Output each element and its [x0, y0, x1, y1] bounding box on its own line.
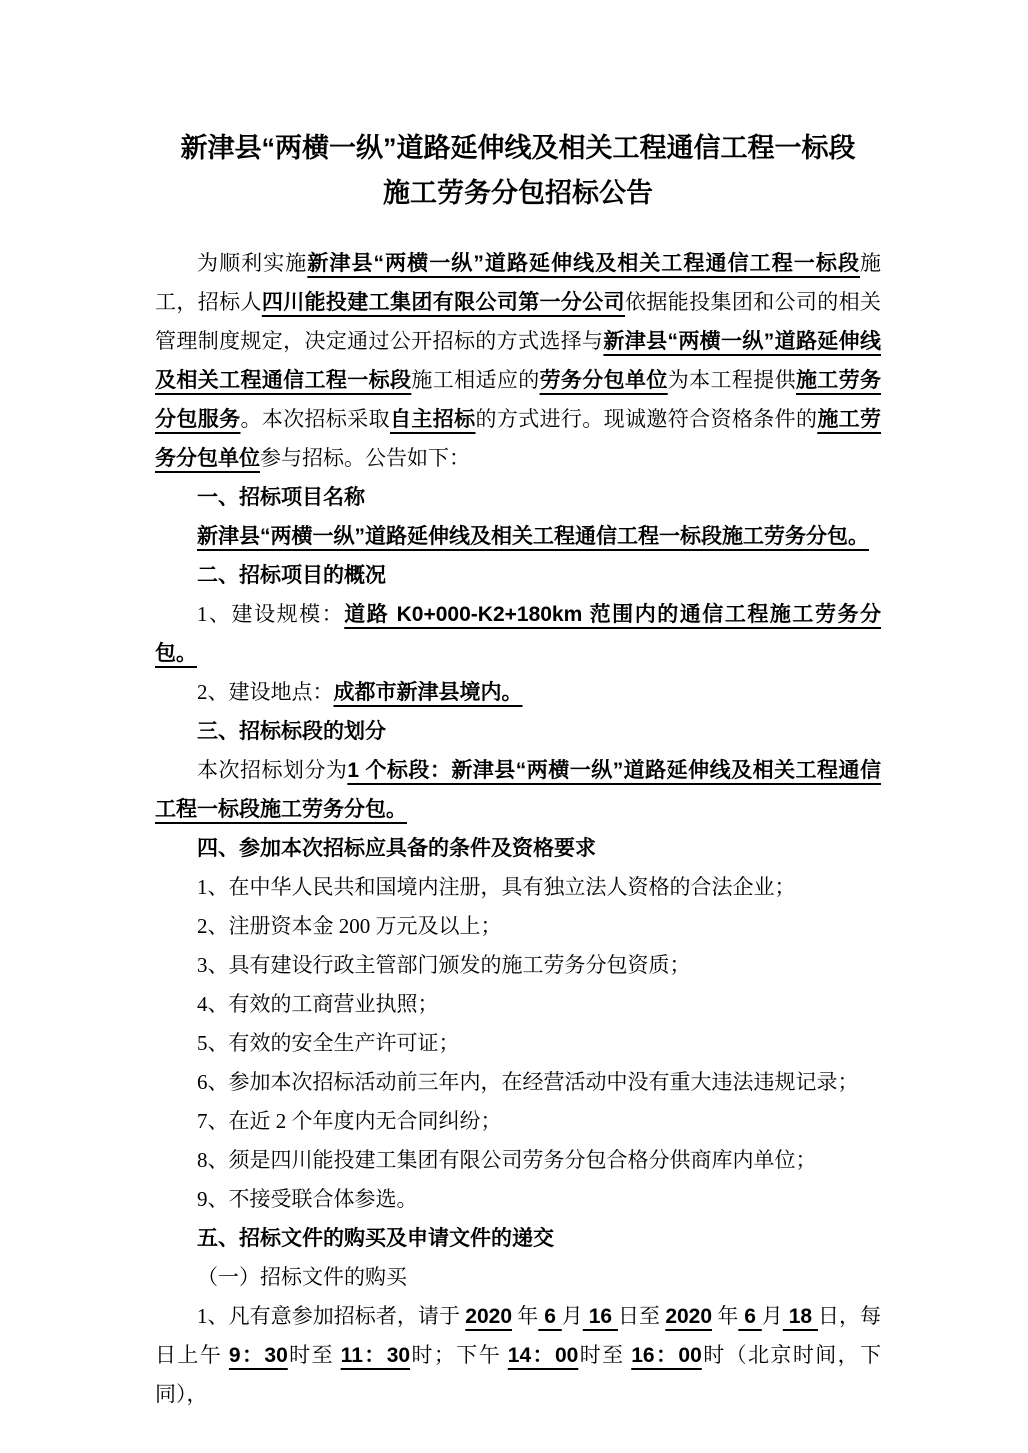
text-run: 自主招标 — [390, 408, 475, 431]
text-run: 时至 — [578, 1343, 631, 1367]
text-run: 2、注册资本金 200 万元及以上； — [197, 914, 502, 938]
text-run: 年 — [712, 1304, 738, 1328]
text-run: 月 — [762, 1304, 783, 1328]
text-run: 6 — [738, 1305, 761, 1328]
text-run: 14：00 — [508, 1344, 579, 1367]
text-run: 8、须是四川能投建工集团有限公司劳务分包合格分供商库内单位； — [197, 1148, 817, 1172]
text-run: 1、在中华人民共和国境内注册，具有独立法人资格的合法企业； — [197, 875, 796, 899]
text-run: 5、有效的安全生产许可证； — [197, 1031, 460, 1055]
text-run: 劳务分包单位 — [540, 369, 668, 392]
paragraph: 1、在中华人民共和国境内注册，具有独立法人资格的合法企业； — [155, 868, 881, 907]
text-run: 1、凡有意参加招标者，请于 — [197, 1304, 465, 1328]
document-body: 新津县“两横一纵”道路延伸线及相关工程通信工程一标段施工劳务分包招标公告为顺利实… — [155, 126, 881, 1414]
text-run: 9、不接受联合体参选。 — [197, 1187, 418, 1211]
paragraph: 6、参加本次招标活动前三年内，在经营活动中没有重大违法违规记录； — [155, 1063, 881, 1102]
text-run: 18 — [783, 1305, 818, 1328]
text-run: 三、招标标段的划分 — [197, 720, 386, 743]
text-run: 新津县“两横一纵”道路延伸线及相关工程通信工程一标段施工劳务分包。 — [197, 525, 869, 548]
doc-title-line: 新津县“两横一纵”道路延伸线及相关工程通信工程一标段 — [155, 126, 881, 171]
text-run: 为顺利实施 — [197, 251, 307, 275]
text-run: 二、招标项目的概况 — [197, 564, 386, 587]
text-run: 一、招标项目名称 — [197, 486, 365, 509]
paragraph: 4、有效的工商营业执照； — [155, 985, 881, 1024]
paragraph: 9、不接受联合体参选。 — [155, 1180, 881, 1219]
paragraph: 7、在近 2 个年度内无合同纠纷； — [155, 1102, 881, 1141]
text-run: 施工相适应的 — [411, 368, 539, 392]
paragraph: 为顺利实施新津县“两横一纵”道路延伸线及相关工程通信工程一标段施工，招标人四川能… — [155, 244, 881, 478]
text-run: 年 — [512, 1304, 538, 1328]
text-run: 1、建设规模： — [197, 602, 344, 626]
text-run: 五、招标文件的购买及申请文件的递交 — [197, 1227, 554, 1250]
text-run: 新津县“两横一纵”道路延伸线及相关工程通信工程一标段 — [181, 133, 856, 163]
text-run: 的方式进行。现诚邀符合资格条件的 — [475, 407, 817, 431]
paragraph: 新津县“两横一纵”道路延伸线及相关工程通信工程一标段施工劳务分包。 — [155, 517, 881, 556]
text-run: 7、在近 2 个年度内无合同纠纷； — [197, 1109, 502, 1133]
text-run: 6、参加本次招标活动前三年内，在经营活动中没有重大违法违规记录； — [197, 1070, 859, 1094]
text-run: 参与招标。公告如下： — [260, 446, 470, 470]
text-run: 11：30 — [341, 1344, 410, 1367]
text-run: 4、有效的工商营业执照； — [197, 992, 439, 1016]
text-run: 本次招标划分为 — [197, 758, 347, 782]
paragraph: （一）招标文件的购买 — [155, 1258, 881, 1297]
text-run: 月 — [562, 1304, 583, 1328]
paragraph: 2、注册资本金 200 万元及以上； — [155, 907, 881, 946]
paragraph: 8、须是四川能投建工集团有限公司劳务分包合格分供商库内单位； — [155, 1141, 881, 1180]
text-run: 16 — [583, 1305, 618, 1328]
section-heading: 三、招标标段的划分 — [155, 712, 881, 751]
text-run: 2020 — [465, 1305, 512, 1328]
section-heading: 五、招标文件的购买及申请文件的递交 — [155, 1219, 881, 1258]
text-run: 。本次招标采取 — [240, 407, 390, 431]
text-run: （一）招标文件的购买 — [197, 1265, 407, 1289]
section-heading: 一、招标项目名称 — [155, 478, 881, 517]
paragraph: 5、有效的安全生产许可证； — [155, 1024, 881, 1063]
text-run: 四川能投建工集团有限公司第一分公司 — [262, 291, 625, 314]
text-run: 成都市新津县境内。 — [334, 681, 523, 704]
text-run: 时至 — [288, 1343, 341, 1367]
text-run: 2、建设地点： — [197, 680, 334, 704]
text-run: 2020 — [665, 1305, 712, 1328]
text-run: 为本工程提供 — [668, 368, 796, 392]
paragraph: 3、具有建设行政主管部门颁发的施工劳务分包资质； — [155, 946, 881, 985]
text-run: 施工劳务分包招标公告 — [383, 178, 653, 208]
text-run: 3、具有建设行政主管部门颁发的施工劳务分包资质； — [197, 953, 691, 977]
paragraph: 2、建设地点：成都市新津县境内。 — [155, 673, 881, 712]
section-heading: 四、参加本次招标应具备的条件及资格要求 — [155, 829, 881, 868]
paragraph: 1、凡有意参加招标者，请于 2020 年 6 月 16 日至 2020 年 6 … — [155, 1297, 881, 1414]
text-run: 新津县“两横一纵”道路延伸线及相关工程通信工程一标段 — [307, 252, 860, 275]
text-run: 日至 — [618, 1304, 665, 1328]
document-page: 新津县“两横一纵”道路延伸线及相关工程通信工程一标段施工劳务分包招标公告为顺利实… — [0, 0, 1028, 1453]
text-run: 16：00 — [631, 1344, 702, 1367]
text-run: 9：30 — [229, 1344, 288, 1367]
paragraph: 1、建设规模：道路 K0+000-K2+180km 范围内的通信工程施工劳务分包… — [155, 595, 881, 673]
text-run: 时；下午 — [410, 1343, 508, 1367]
paragraph: 本次招标划分为1 个标段：新津县“两横一纵”道路延伸线及相关工程通信工程一标段施… — [155, 751, 881, 829]
doc-title-line: 施工劳务分包招标公告 — [155, 171, 881, 216]
text-run: 四、参加本次招标应具备的条件及资格要求 — [197, 837, 596, 860]
text-run: 6 — [538, 1305, 561, 1328]
section-heading: 二、招标项目的概况 — [155, 556, 881, 595]
